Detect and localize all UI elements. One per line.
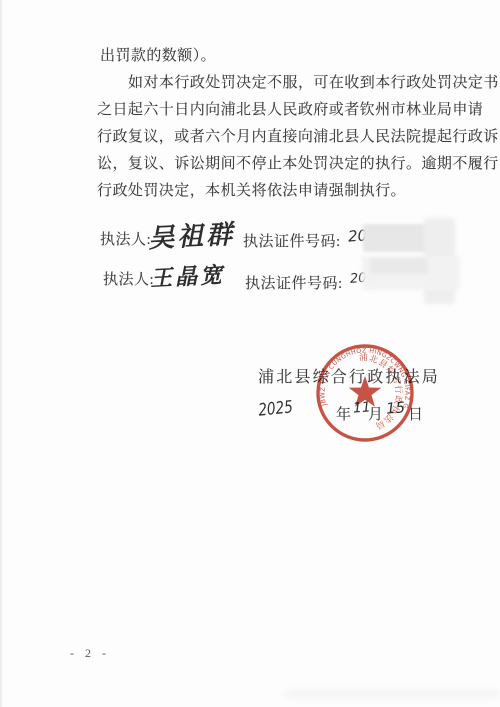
officer-2-cert-label: 执法证件号码: — [245, 272, 343, 293]
body-line: 出罚款的数额）。 — [100, 44, 216, 65]
officer-2-label: 执法人: — [103, 268, 154, 289]
official-seal: BUJBWZ YEN CUNGHHOZ HINGZCWNG CIFAZ GIZ … — [310, 338, 420, 448]
body-line: 行政复议，或者六个月内直接向浦北县人民法院提起行政诉 — [97, 125, 499, 146]
body-line: 讼，复议、诉讼期间不停止本处罚决定的执行。逾期不履行 — [97, 152, 499, 173]
body-line: 行政处罚决定，本机关将依法申请强制执行。 — [97, 179, 406, 200]
officer-1-cert-label: 执法证件号码: — [243, 230, 341, 251]
seal-star-icon — [349, 376, 381, 407]
scanned-document-page: 出罚款的数额）。 如对本行政处罚决定不服，可在收到本行政处罚决定书 之日起六十日… — [0, 0, 500, 707]
scan-edge-shadow — [0, 0, 3, 707]
page-number: - 2 - — [70, 646, 110, 661]
officer-1-label: 执法人: — [100, 228, 151, 249]
body-line: 之日起六十日内向浦北县人民政府或者钦州市林业局申请 — [97, 98, 483, 119]
officer-2-signature: 王晶宽 — [149, 258, 226, 293]
body-line: 如对本行政处罚决定不服，可在收到本行政处罚决定书 — [128, 71, 499, 92]
scan-artifact — [285, 690, 500, 698]
handwritten-year: 2025 — [257, 397, 294, 421]
officer-1-signature: 吴祖群 — [147, 214, 236, 256]
redaction-box — [370, 258, 428, 274]
